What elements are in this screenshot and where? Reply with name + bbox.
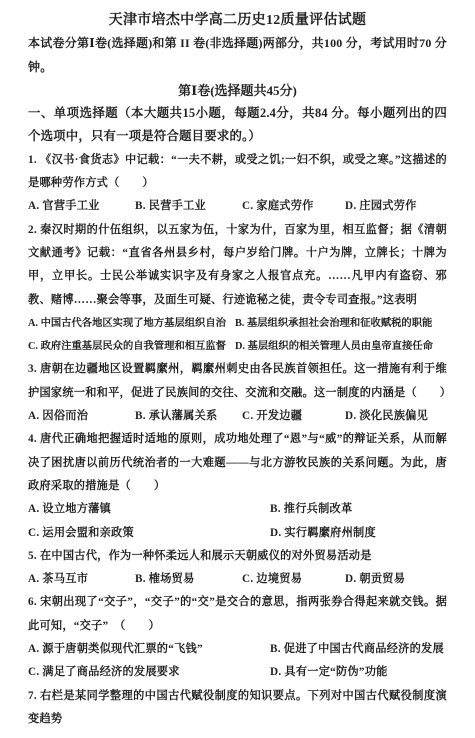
question-number: 1. xyxy=(28,154,37,166)
option-a: A. 因俗而治 xyxy=(28,405,135,428)
question-stem: 唐代正确地把握适时适地的原则，成功地处理了“恩”与“威”的辩证关系，从而解决了困… xyxy=(28,433,447,492)
question-6-options-row-1: A. 源于唐朝类似现代汇票的“飞钱” B. 促进了中国古代商品经济的发展 xyxy=(28,638,447,661)
option-a: A. 茶马互市 xyxy=(28,568,135,591)
question-6-text: 6. 宋朝出现了“交子”，“交子”的“交”是交合的意思，指两张券合得起来就交钱。… xyxy=(28,591,447,638)
exam-info: 本试卷分第Ⅰ卷(选择题)和第 II 卷(非选择题)两部分，共100 分，考试用时… xyxy=(28,32,447,79)
question-4-options-row-1: A. 设立地方藩镇 B. 推行兵制改革 xyxy=(28,498,447,521)
option-d: D. 淡化民族偏见 xyxy=(345,405,447,428)
question-stem: 《汉书·食货志》中记载：“一夫不耕，或受之饥;一妇不织，或受之寒。”这描述的是哪… xyxy=(28,154,447,189)
question-number: 4. xyxy=(28,433,37,445)
question-1-options: A. 官营手工业 B. 民营手工业 C. 家庭式劳作 D. 庄园式劳作 xyxy=(28,195,447,218)
question-3-options: A. 因俗而治 B. 承认藩属关系 C. 开发边疆 D. 淡化民族偏见 xyxy=(28,405,447,428)
exam-paper-page: 天津市培杰中学高二历史12质量评估试题 本试卷分第Ⅰ卷(选择题)和第 II 卷(… xyxy=(0,0,475,738)
question-5-options: A. 茶马互市 B. 榷场贸易 C. 边境贸易 D. 朝贡贸易 xyxy=(28,568,447,591)
option-d: D. 基层组织的相关管理人员由皇帝直接任命 xyxy=(235,335,433,358)
option-a: A. 源于唐朝类似现代汇票的“飞钱” xyxy=(28,638,270,661)
option-d: D. 庄园式劳作 xyxy=(345,195,447,218)
option-b: B. 促进了中国古代商品经济的发展 xyxy=(270,638,447,661)
option-d: D. 朝贡贸易 xyxy=(345,568,447,591)
question-7: 7. 右栏是某同学整理的中国古代赋役制度的知识要点。下列对中国古代赋役制度演变趋… xyxy=(28,685,447,732)
question-number: 7. xyxy=(28,690,37,702)
question-5: 5. 在中国古代，作为一种怀柔远人和展示天朝威仪的对外贸易活动是 A. 茶马互市… xyxy=(28,545,447,592)
question-3-text: 3. 唐朝在边疆地区设置羁縻州，羁縻州刺史由各民族首领担任。这一措施有利于维护国… xyxy=(28,358,447,405)
option-b: B. 基层组织承担社会治理和征收赋税的职能 xyxy=(235,312,432,335)
part-1-instructions: 一、单项选择题（本大题共15小题，每题2.4分，共84 分。每小题列出的四个选项… xyxy=(28,102,447,149)
question-number: 2. xyxy=(28,224,37,236)
question-5-text: 5. 在中国古代，作为一种怀柔远人和展示天朝威仪的对外贸易活动是 xyxy=(28,545,447,568)
option-c: C. 开发边疆 xyxy=(242,405,345,428)
option-a: A. 中国古代各地区实现了地方基层组织自治 xyxy=(28,312,226,335)
option-a: A. 设立地方藩镇 xyxy=(28,498,270,521)
question-number: 3. xyxy=(28,363,37,375)
option-c: C. 运用会盟和亲政策 xyxy=(28,522,270,545)
question-stem: 唐朝在边疆地区设置羁縻州，羁縻州刺史由各民族首领担任。这一措施有利于维护国家统一… xyxy=(28,363,451,398)
question-4-options-row-2: C. 运用会盟和亲政策 D. 实行羁縻府州制度 xyxy=(28,522,447,545)
option-b: B. 榷场贸易 xyxy=(135,568,242,591)
option-c: C. 满足了商品经济的发展要求 xyxy=(28,661,270,684)
question-4: 4. 唐代正确地把握适时适地的原则，成功地处理了“恩”与“威”的辩证关系，从而解… xyxy=(28,428,447,544)
question-7-text: 7. 右栏是某同学整理的中国古代赋役制度的知识要点。下列对中国古代赋役制度演变趋… xyxy=(28,685,447,732)
option-c: C. 政府注重基层民众的自我管理和相互监督 xyxy=(28,335,226,358)
paper-title: 天津市培杰中学高二历史12质量评估试题 xyxy=(28,9,447,32)
question-number: 6. xyxy=(28,596,37,608)
question-number: 5. xyxy=(28,550,37,562)
section-1-heading: 第Ⅰ卷(选择题共45分) xyxy=(28,79,447,102)
question-4-text: 4. 唐代正确地把握适时适地的原则，成功地处理了“恩”与“威”的辩证关系，从而解… xyxy=(28,428,447,498)
question-stem: 在中国古代，作为一种怀柔远人和展示天朝威仪的对外贸易活动是 xyxy=(40,550,372,562)
question-2-text: 2. 秦汉时期的什伍组织，以五家为伍，十家为什，百家为里，相互监督；据《清朝文献… xyxy=(28,219,447,312)
question-6-options-row-2: C. 满足了商品经济的发展要求 D. 具有一定“防伪”功能 xyxy=(28,661,447,684)
option-b: B. 推行兵制改革 xyxy=(270,498,447,521)
question-2-options-row-2: C. 政府注重基层民众的自我管理和相互监督 D. 基层组织的相关管理人员由皇帝直… xyxy=(28,335,447,358)
question-2-options-row-1: A. 中国古代各地区实现了地方基层组织自治 B. 基层组织承担社会治理和征收赋税… xyxy=(28,312,447,335)
question-6: 6. 宋朝出现了“交子”，“交子”的“交”是交合的意思，指两张券合得起来就交钱。… xyxy=(28,591,447,684)
question-stem: 宋朝出现了“交子”，“交子”的“交”是交合的意思，指两张券合得起来就交钱。据此可… xyxy=(28,596,447,631)
question-stem: 右栏是某同学整理的中国古代赋役制度的知识要点。下列对中国古代赋役制度演变趋势 xyxy=(28,690,447,725)
option-d: D. 具有一定“防伪”功能 xyxy=(270,661,447,684)
option-b: B. 民营手工业 xyxy=(135,195,242,218)
question-stem: 秦汉时期的什伍组织，以五家为伍，十家为什，百家为里，相互监督；据《清朝文献通考》… xyxy=(28,224,447,306)
question-1-text: 1. 《汉书·食货志》中记载：“一夫不耕，或受之饥;一妇不织，或受之寒。”这描述… xyxy=(28,149,447,196)
question-2: 2. 秦汉时期的什伍组织，以五家为伍，十家为什，百家为里，相互监督；据《清朝文献… xyxy=(28,219,447,359)
option-a: A. 官营手工业 xyxy=(28,195,135,218)
option-c: C. 边境贸易 xyxy=(242,568,345,591)
question-1: 1. 《汉书·食货志》中记载：“一夫不耕，或受之饥;一妇不织，或受之寒。”这描述… xyxy=(28,149,447,219)
option-c: C. 家庭式劳作 xyxy=(242,195,345,218)
option-d: D. 实行羁縻府州制度 xyxy=(270,522,447,545)
option-b: B. 承认藩属关系 xyxy=(135,405,242,428)
question-3: 3. 唐朝在边疆地区设置羁縻州，羁縻州刺史由各民族首领担任。这一措施有利于维护国… xyxy=(28,358,447,428)
